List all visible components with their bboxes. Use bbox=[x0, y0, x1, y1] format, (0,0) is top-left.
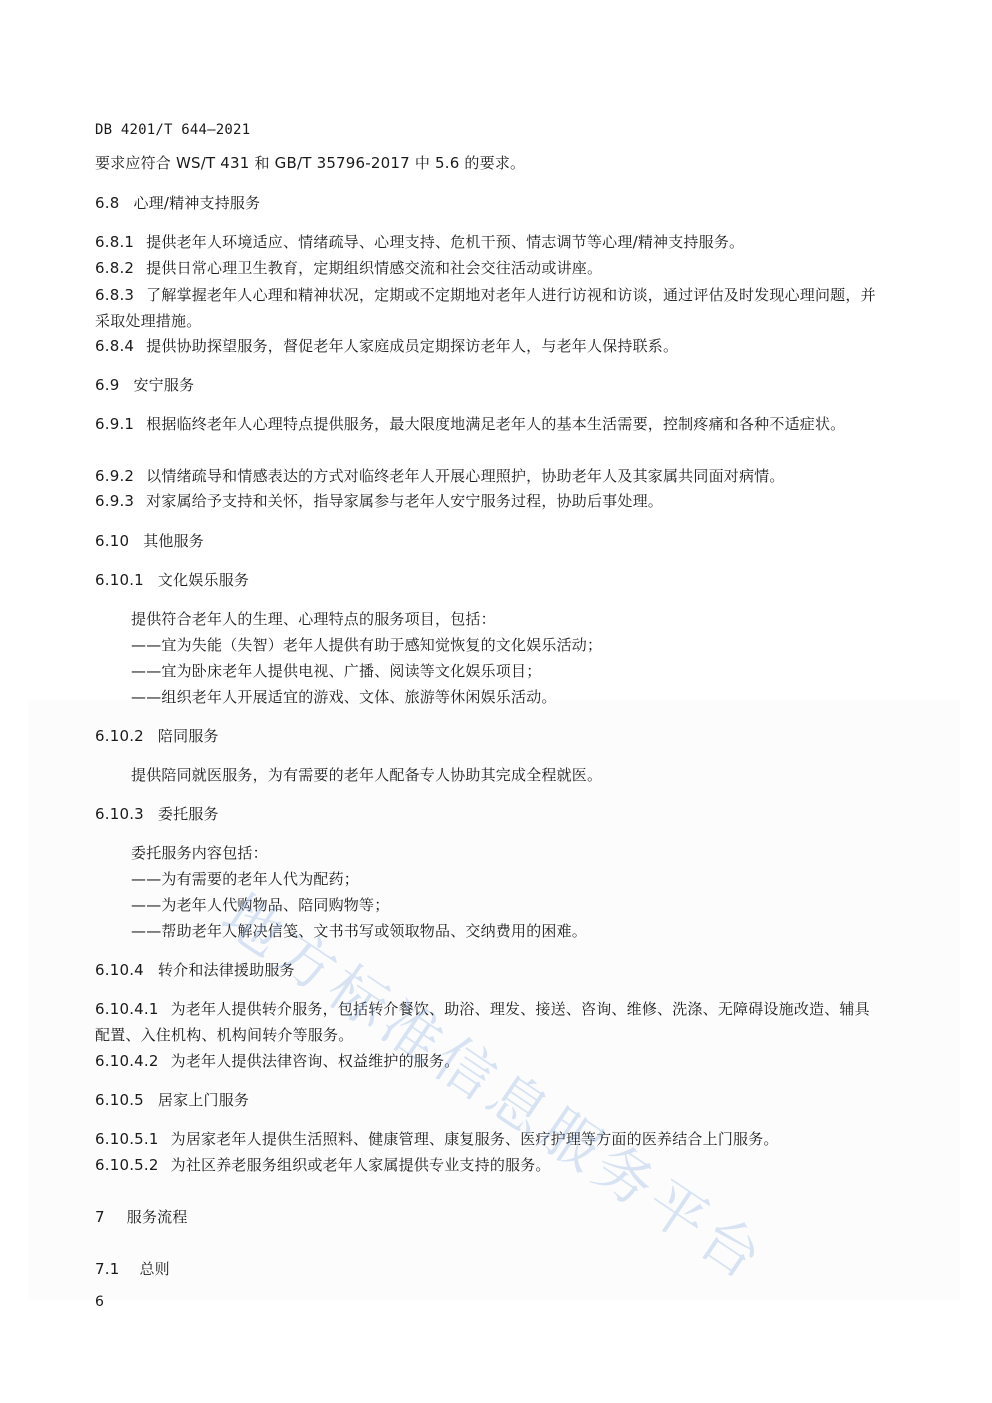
section-heading-6-10-3: 6.10.3委托服务 bbox=[95, 804, 219, 824]
clause-6-8-3: 6.8.3了解掌握老年人心理和精神状况，定期或不定期地对老年人进行访视和访谈，通… bbox=[95, 282, 877, 334]
clause-6-9-2: 6.9.2以情绪疏导和情感表达的方式对临终老年人开展心理照护，协助老年人及其家属… bbox=[95, 466, 785, 486]
section-heading-6-10-5: 6.10.5居家上门服务 bbox=[95, 1090, 249, 1110]
clause-6-8-4: 6.8.4提供协助探望服务，督促老年人家庭成员定期探访老年人，与老年人保持联系。 bbox=[95, 336, 678, 356]
section-heading-6-10: 6.10其他服务 bbox=[95, 531, 204, 551]
paragraph-6-10-1-intro: 提供符合老年人的生理、心理特点的服务项目，包括： bbox=[131, 609, 496, 629]
list-item: ——帮助老年人解决信笺、文书书写或领取物品、交纳费用的困难。 bbox=[131, 921, 587, 941]
section-heading-6-10-4: 6.10.4转介和法律援助服务 bbox=[95, 960, 295, 980]
list-item: ——宜为失能（失智）老年人提供有助于感知觉恢复的文化娱乐活动； bbox=[131, 635, 602, 655]
section-heading-6-10-2: 6.10.2陪同服务 bbox=[95, 726, 219, 746]
page-number: 6 bbox=[95, 1292, 104, 1312]
section-heading-6-8: 6.8心理/精神支持服务 bbox=[95, 193, 260, 213]
clause-6-8-2: 6.8.2提供日常心理卫生教育，定期组织情感交流和社会交往活动或讲座。 bbox=[95, 258, 602, 278]
paragraph-6-10-3-intro: 委托服务内容包括： bbox=[131, 843, 268, 863]
section-heading-7-1: 7.1总则 bbox=[95, 1259, 170, 1279]
clause-6-9-3: 6.9.3对家属给予支持和关怀，指导家属参与老年人安宁服务过程，协助后事处理。 bbox=[95, 491, 663, 511]
document-code: DB 4201/T 644—2021 bbox=[95, 120, 250, 140]
list-item: ——宜为卧床老年人提供电视、广播、阅读等文化娱乐项目； bbox=[131, 661, 541, 681]
section-heading-6-9: 6.9安宁服务 bbox=[95, 375, 194, 395]
clause-6-10-5-1: 6.10.5.1为居家老年人提供生活照料、健康管理、康复服务、医疗护理等方面的医… bbox=[95, 1129, 779, 1149]
clause-6-10-4-2: 6.10.4.2为老年人提供法律咨询、权益维护的服务。 bbox=[95, 1051, 459, 1071]
clause-6-10-5-2: 6.10.5.2为社区养老服务组织或老年人家属提供专业支持的服务。 bbox=[95, 1155, 551, 1175]
clause-6-9-1: 6.9.1根据临终老年人心理特点提供服务，最大限度地满足老年人的基本生活需要，控… bbox=[95, 411, 877, 437]
list-item: ——组织老年人开展适宜的游戏、文体、旅游等休闲娱乐活动。 bbox=[131, 687, 557, 707]
clause-6-10-4-1: 6.10.4.1为老年人提供转介服务，包括转介餐饮、助浴、理发、接送、咨询、维修… bbox=[95, 996, 877, 1048]
intro-paragraph: 要求应符合 WS/T 431 和 GB/T 35796-2017 中 5.6 的… bbox=[95, 153, 525, 173]
section-heading-6-10-1: 6.10.1文化娱乐服务 bbox=[95, 570, 249, 590]
chapter-heading-7: 7服务流程 bbox=[95, 1207, 188, 1227]
paragraph-6-10-2: 提供陪同就医服务，为有需要的老年人配备专人协助其完成全程就医。 bbox=[131, 765, 602, 785]
clause-6-8-1: 6.8.1提供老年人环境适应、情绪疏导、心理支持、危机干预、情志调节等心理/精神… bbox=[95, 232, 744, 252]
list-item: ——为老年人代购物品、陪同购物等； bbox=[131, 895, 389, 915]
list-item: ——为有需要的老年人代为配药； bbox=[131, 869, 359, 889]
